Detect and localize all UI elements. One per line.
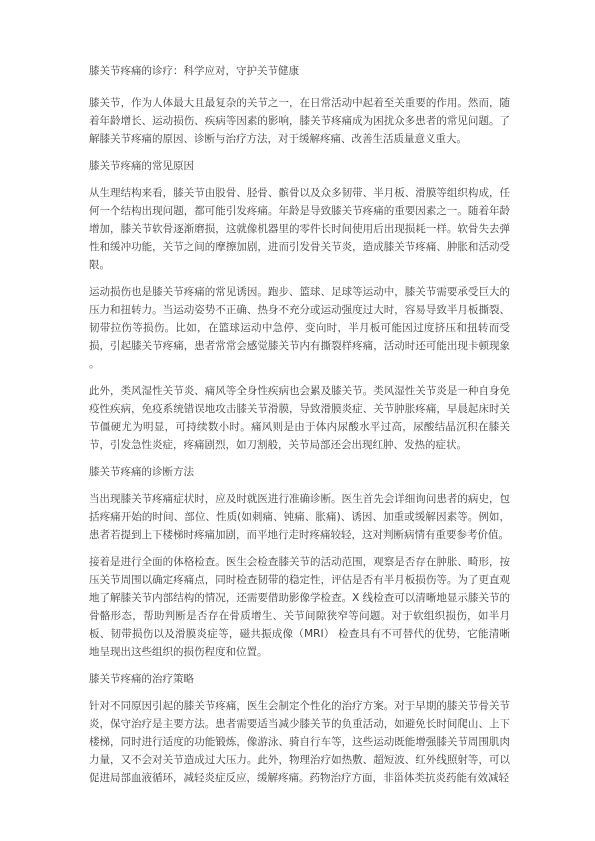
section-heading-treatment-strategy: 膝关节疼痛的治疗策略 bbox=[89, 670, 510, 688]
document-page: 膝关节疼痛的诊疗：科学应对，守护关节健康 膝关节，作为人体最大且最复杂的关节之一… bbox=[0, 0, 595, 841]
document-title: 膝关节疼痛的诊疗：科学应对，守护关节健康 bbox=[89, 62, 510, 80]
paragraph-causes-sports-injury: 运动损伤也是膝关节疼痛的常见诱因。跑步、篮球、足球等运动中，膝关节需要承受巨大的… bbox=[89, 283, 510, 373]
paragraph-diagnosis-exam-imaging: 接着是进行全面的体格检查。医生会检查膝关节的活动范围，观察是否存在肿胀、畸形，按… bbox=[89, 553, 510, 661]
paragraph-causes-structure-age: 从生理结构来看，膝关节由股骨、胫骨、髌骨以及众多韧带、半月板、滑膜等组织构成，任… bbox=[89, 184, 510, 274]
section-heading-common-causes: 膝关节疼痛的常见原因 bbox=[89, 157, 510, 175]
document-content: 膝关节疼痛的诊疗：科学应对，守护关节健康 膝关节，作为人体最大且最复杂的关节之一… bbox=[89, 62, 510, 796]
paragraph-causes-systemic-disease: 此外，类风湿性关节炎、痛风等全身性疾病也会累及膝关节。类风湿性关节炎是一种自身免… bbox=[89, 382, 510, 454]
section-heading-diagnosis-methods: 膝关节疼痛的诊断方法 bbox=[89, 463, 510, 481]
intro-paragraph: 膝关节，作为人体最大且最复杂的关节之一，在日常活动中起着至关重要的作用。然而，随… bbox=[89, 94, 510, 148]
paragraph-diagnosis-history: 当出现膝关节疼痛症状时，应及时就医进行准确诊断。医生首先会详细询问患者的病史，包… bbox=[89, 490, 510, 544]
paragraph-treatment-conservative: 针对不同原因引起的膝关节疼痛，医生会制定个性化的治疗方案。对于早期的膝关节骨关节… bbox=[89, 697, 510, 787]
